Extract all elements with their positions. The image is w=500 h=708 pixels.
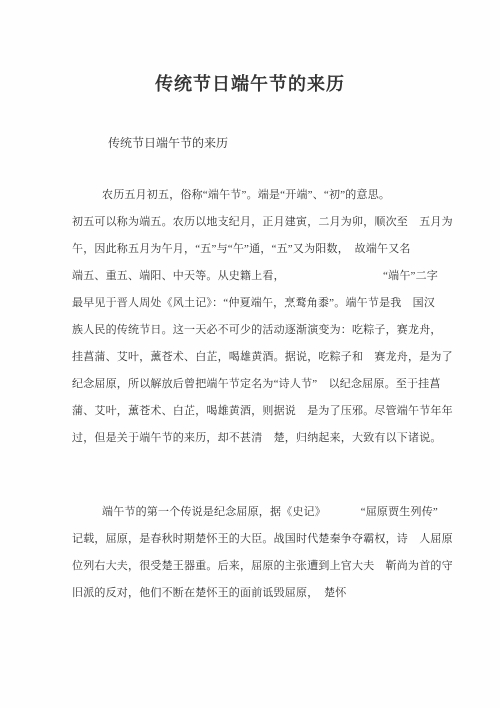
text-line: 旧派的反对，他们不断在楚怀王的面前诋毁屈原， 楚怀 <box>72 580 438 607</box>
paragraph-quyuan-legend: 端午节的第一个传说是纪念屈原，据《史记》 “屈原贾生列传” 记载，屈原，是春秋时… <box>72 499 438 607</box>
text-line: 挂菖蒲、艾叶，薰苍术、白芷，喝雄黄酒。据说，吃粽子和 赛龙舟，是为了 <box>72 344 438 371</box>
text-segment: “端午”二字 <box>383 263 438 290</box>
text-line: 过，但是关于端午节的来历，却不甚清 楚，归纳起来，大致有以下诸说。 <box>72 425 438 452</box>
text-line: 纪念屈原，所以解放后曾把端午节定名为“诗人节” 以纪念屈原。至于挂菖 <box>72 371 438 398</box>
text-segment: 端午节的第一个传说是纪念屈原，据《史记》 <box>102 499 326 526</box>
text-line: 记载，屈原，是春秋时期楚怀王的大臣。战国时代楚秦争夺霸权，诗 人屈原 <box>72 526 438 553</box>
inline-subtitle: 传统节日端午节的来历 <box>108 136 228 151</box>
text-line: 族人民的传统节日。这一天必不可少的活动逐渐演变为：吃粽子，赛龙舟， <box>72 317 438 344</box>
page-title: 传统节日端午节的来历 <box>0 73 500 95</box>
text-line: 端午节的第一个传说是纪念屈原，据《史记》 “屈原贾生列传” <box>72 499 438 526</box>
text-line: 农历五月初五，俗称“端午节”。端是“开端”、“初”的意思。 <box>72 182 438 209</box>
text-line: 端五、重五、端阳、中天等。从史籍上看， “端午”二字 <box>72 263 438 290</box>
text-line: 位列右大夫，很受楚王器重。后来，屈原的主张遭到上官大夫 靳尚为首的守 <box>72 553 438 580</box>
text-line: 午，因此称五月为午月，“五”与“午”通，“五”又为阳数， 故端午又名 <box>72 236 438 263</box>
text-segment: “屈原贾生列传” <box>361 499 438 526</box>
text-segment: 端五、重五、端阳、中天等。从史籍上看， <box>72 263 285 290</box>
paragraph-festival-overview: 农历五月初五，俗称“端午节”。端是“开端”、“初”的意思。 初五可以称为端五。农… <box>72 182 438 452</box>
text-line: 初五可以称为端五。农历以地支纪月，正月建寅，二月为卯，顺次至 五月为 <box>72 209 438 236</box>
text-line: 最早见于晋人周处《风土记》：“仲夏端午，烹鹜角黍”。端午节是我 国汉 <box>72 290 438 317</box>
document-page: 传统节日端午节的来历 传统节日端午节的来历 农历五月初五，俗称“端午节”。端是“… <box>0 0 500 708</box>
text-line: 蒲、艾叶，薰苍术、白芷，喝雄黄酒，则据说 是为了压邪。尽管端午节年年 <box>72 398 438 425</box>
